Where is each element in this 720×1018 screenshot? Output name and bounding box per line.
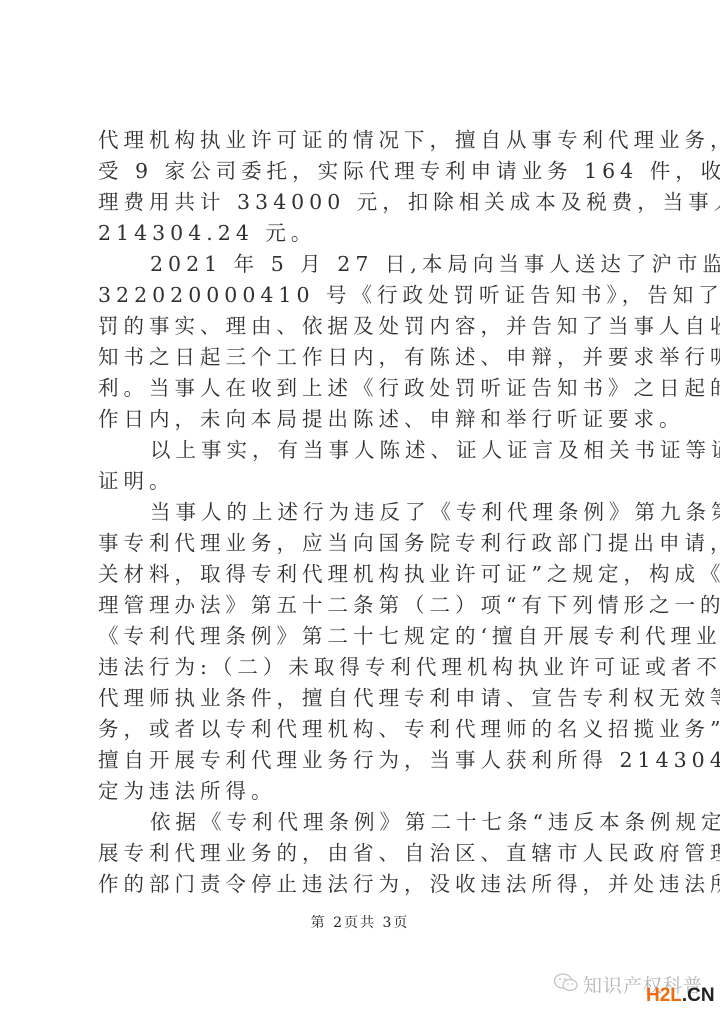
text-line: 定为违法所得。 <box>98 776 628 807</box>
text-line: 利。当事人在收到上述《行政处罚听证告知书》之日起的三个工 <box>98 373 628 404</box>
text-line: 以上事实，有当事人陈述、证人证言及相关书证等证据予以 <box>98 435 628 466</box>
text-line: 2021 年 5 月 27 日,本局向当事人送达了沪市监总听告(2021) <box>98 249 628 280</box>
site-logo: H2L.CN <box>646 985 715 1007</box>
text-line: 214304.24 元。 <box>98 218 628 249</box>
text-line: 务，或者以专利代理机构、专利代理师的名义招揽业务”所指的 <box>98 714 628 745</box>
text-line: 理管理办法》第五十二条第（二）项“有下列情形之一的，属于 <box>98 590 628 621</box>
text-line: 知书之日起三个工作日内，有陈述、申辩，并要求举行听证的权 <box>98 342 628 373</box>
logo-primary: H2L <box>646 985 682 1006</box>
text-line: 事专利代理业务，应当向国务院专利行政部门提出申请，提交有 <box>98 528 628 559</box>
page-number: 第 2页共 3页 <box>0 912 720 932</box>
text-line: 受 9 家公司委托，实际代理专利申请业务 164 件，收取专利代 <box>98 156 628 187</box>
watermark: 知识产权科普 H2L.CN <box>553 968 718 1008</box>
document-page: 代理机构执业许可证的情况下，擅自从事专利代理业务，共接 受 9 家公司委托，实际… <box>0 0 720 1018</box>
text-line: 作的部门责令停止违法行为，没收违法所得，并处违法所得 1 倍 <box>98 869 628 900</box>
text-line: 《专利代理条例》第二十七规定的‘擅自开展专利代理业务’的 <box>98 621 628 652</box>
text-line: 代理机构执业许可证的情况下，擅自从事专利代理业务，共接 <box>98 125 628 156</box>
logo-suffix: .CN <box>682 985 715 1006</box>
text-line: 违法行为:（二）未取得专利代理机构执业许可证或者不符合专利 <box>98 652 628 683</box>
document-body: 代理机构执业许可证的情况下，擅自从事专利代理业务，共接 受 9 家公司委托，实际… <box>98 125 628 900</box>
text-line: 代理师执业条件，擅自代理专利申请、宣告专利权无效等相关业 <box>98 683 628 714</box>
text-line: 关材料，取得专利代理机构执业许可证”之规定，构成《专利代 <box>98 559 628 590</box>
text-line: 理费用共计 334000 元，扣除相关成本及税费，当事人获利共计 <box>98 187 628 218</box>
text-line: 证明。 <box>98 466 628 497</box>
text-line: 罚的事实、理由、依据及处罚内容，并告知了当事人自收到该告 <box>98 311 628 342</box>
text-line: 擅自开展专利代理业务行为，当事人获利所得 214304.24 元应认 <box>98 745 628 776</box>
text-line: 322020000410 号《行政处罚听证告知书》，告知了拟作出行政处 <box>98 280 628 311</box>
text-line: 依据《专利代理条例》第二十七条“违反本条例规定擅自开 <box>98 807 628 838</box>
text-line: 当事人的上述行为违反了《专利代理条例》第九条第一款“从 <box>98 497 628 528</box>
wechat-icon <box>553 972 579 994</box>
text-line: 展专利代理业务的，由省、自治区、直辖市人民政府管理专利工 <box>98 838 628 869</box>
text-line: 作日内，未向本局提出陈述、申辩和举行听证要求。 <box>98 404 628 435</box>
